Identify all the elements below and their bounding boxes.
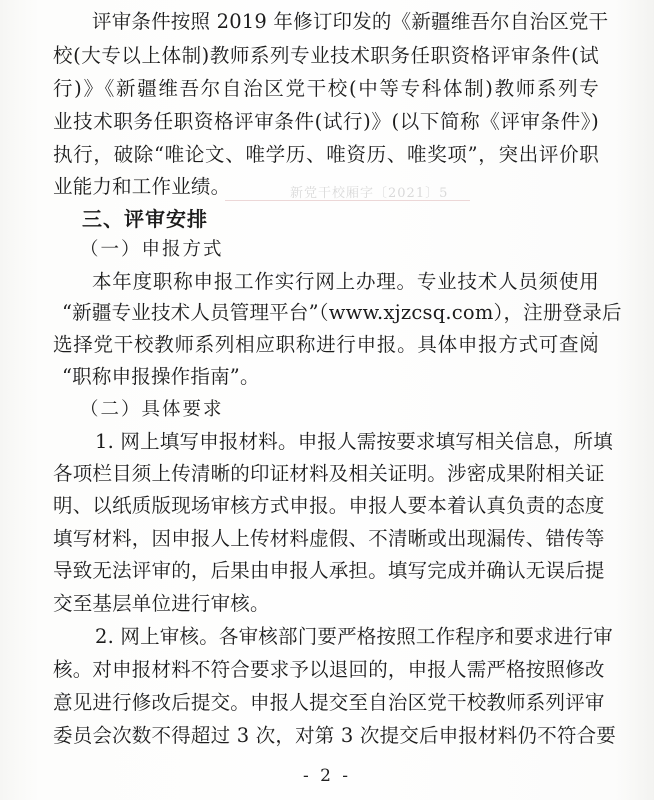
paragraph-line: “新疆专业技术人员管理平台”（www.xjzcsq.com），注册登录后 bbox=[62, 297, 599, 329]
subsection-heading-specific-requirements: （二）具体要求 bbox=[80, 394, 224, 426]
section-heading: 三、评审安排 bbox=[82, 203, 208, 235]
paragraph-line: 明、以纸质版现场审核方式申报。申报人要本着认真负责的态度 bbox=[53, 490, 599, 522]
paragraph-line: 1. 网上填写申报材料。申报人需按要求填写相关信息，所填 bbox=[95, 426, 599, 458]
document-page: 新党干校厢字〔2021〕5 评审条件按照 2019 年修订印发的《新疆维吾尔自治… bbox=[0, 0, 654, 800]
paragraph-line: 选择党干校教师系列相应职称进行申报。具体申报方式可查阅 bbox=[53, 329, 599, 361]
paragraph-line: 各项栏目须上传清晰的印证材料及相关证明。涉密成果附相关证 bbox=[53, 458, 599, 490]
paragraph-line: 核。对申报材料不符合要求予以退回的，申报人需严格按照修改 bbox=[53, 654, 599, 686]
paragraph-line: 本年度职称申报工作实行网上办理。专业技术人员须使用 bbox=[92, 266, 599, 298]
paragraph-line: 2. 网上审核。各审核部门要严格按照工作程序和要求进行审 bbox=[95, 621, 599, 653]
paragraph-line: 交至基层单位进行审核。 bbox=[53, 588, 599, 620]
paragraph-line: 意见进行修改后提交。申报人提交至自治区党干校教师系列评审 bbox=[53, 687, 599, 719]
paragraph-line: 行)》《新疆维吾尔自治区党干校(中等专科体制)教师系列专 bbox=[53, 73, 599, 105]
paragraph-line: 校(大专以上体制)教师系列专业技术职务任职资格评审条件(试 bbox=[53, 40, 599, 72]
paragraph-line: 委员会次数不得超过 3 次，对第 3 次提交后申报材料仍不符合要 bbox=[53, 720, 599, 752]
paragraph-line: “职称申报操作指南”。 bbox=[62, 361, 608, 393]
paragraph-line: 业技术职务任职资格评审条件(试行)》(以下简称《评审条件》) bbox=[53, 106, 599, 138]
paragraph-line: 填写材料，因申报人上传材料虚假、不清晰或出现漏传、错传等 bbox=[53, 523, 599, 555]
paragraph-line: 业能力和工作业绩。 bbox=[53, 171, 599, 203]
paragraph-line: 导致无法评审的，后果由申报人承担。填写完成并确认无误后提 bbox=[53, 555, 599, 587]
paragraph-line: 评审条件按照 2019 年修订印发的《新疆维吾尔自治区党干 bbox=[92, 6, 599, 38]
page-number: - 2 - bbox=[0, 766, 654, 786]
paragraph-line: 执行，破除“唯论文、唯学历、唯资历、唯奖项”，突出评价职 bbox=[53, 139, 599, 171]
subsection-heading-application-method: （一）申报方式 bbox=[80, 234, 224, 266]
